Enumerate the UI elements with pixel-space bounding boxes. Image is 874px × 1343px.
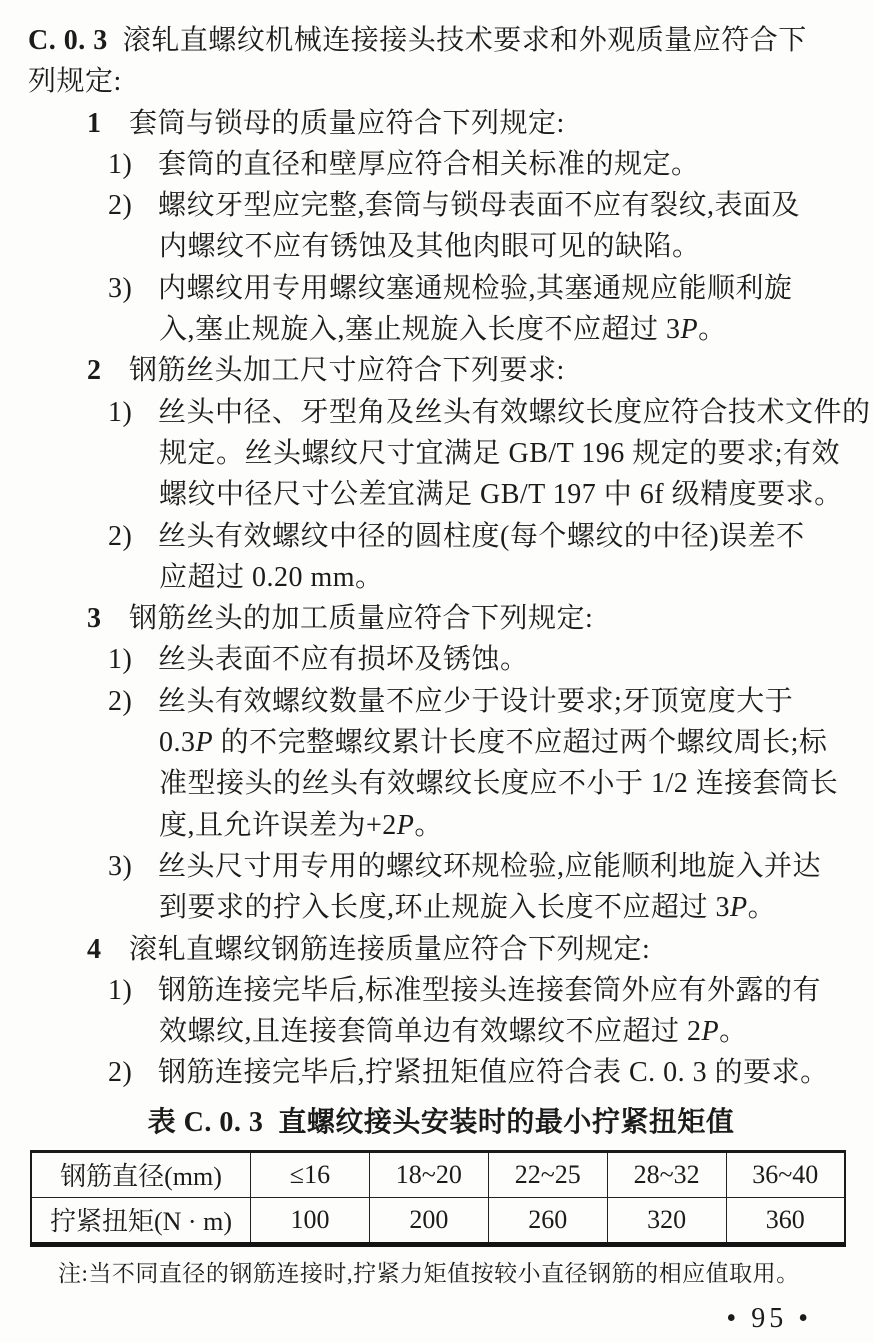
document-page: C. 0. 3 滚轧直螺纹机械连接接头技术要求和外观质量应符合下列规定:1套筒与… xyxy=(0,0,874,1343)
text-segment: P xyxy=(730,892,748,923)
value-cell: 28~32 xyxy=(607,1151,726,1197)
text-segment: 准型接头的丝头有效螺纹长度应不小于 1/2 连接套筒长 xyxy=(159,768,838,799)
text-segment: 丝头表面不应有损坏及锈蚀。 xyxy=(158,644,529,675)
text-segment: 。 xyxy=(719,1016,748,1047)
text-line: 3)丝头尺寸用专用的螺纹环规检验,应能顺利地旋入并达 xyxy=(28,846,854,887)
document-body: C. 0. 3 滚轧直螺纹机械连接接头技术要求和外观质量应符合下列规定:1套筒与… xyxy=(28,20,854,1094)
text-segment: 规定。丝头螺纹尺寸宜满足 GB/T 196 规定的要求;有效 xyxy=(159,438,840,469)
text-segment: 丝头有效螺纹数量不应少于设计要求;牙顶宽度大于 xyxy=(158,686,793,717)
text-segment: 的不完整螺纹累计长度不应超过两个螺纹周长;标 xyxy=(213,727,827,758)
torque-table: 钢筋直径(mm)≤1618~2022~2528~3236~40拧紧扭矩(N · … xyxy=(30,1150,846,1247)
text-segment: 丝头尺寸用专用的螺纹环规检验,应能顺利地旋入并达 xyxy=(158,851,821,882)
text-line: 2)螺纹牙型应完整,套筒与锁母表面不应有裂纹,表面及 xyxy=(28,185,854,226)
list-marker: 2) xyxy=(108,516,158,557)
value-cell: 22~25 xyxy=(488,1151,607,1197)
text-segment: P xyxy=(196,727,214,758)
value-cell: 36~40 xyxy=(726,1151,845,1197)
value-cell: ≤16 xyxy=(251,1151,370,1197)
row-header-cell: 钢筋直径(mm) xyxy=(31,1151,251,1197)
value-cell: 200 xyxy=(369,1197,488,1244)
text-segment: 钢筋连接完毕后,拧紧扭矩值应符合表 C. 0. 3 的要求。 xyxy=(158,1057,829,1088)
list-marker: 1) xyxy=(108,639,158,680)
text-line: 规定。丝头螺纹尺寸宜满足 GB/T 196 规定的要求;有效 xyxy=(28,433,854,474)
list-marker: 3) xyxy=(108,268,158,309)
value-cell: 100 xyxy=(251,1197,370,1244)
text-line: 2)丝头有效螺纹中径的圆柱度(每个螺纹的中径)误差不 xyxy=(28,516,854,557)
text-segment: 螺纹中径尺寸公差宜满足 GB/T 197 中 6f 级精度要求。 xyxy=(159,479,843,510)
text-segment: 钢筋连接完毕后,标准型接头连接套筒外应有外露的有 xyxy=(158,975,821,1006)
text-line: 1)丝头中径、牙型角及丝头有效螺纹长度应符合技术文件的 xyxy=(28,392,854,433)
text-segment: P xyxy=(397,810,415,841)
list-marker: 1) xyxy=(108,970,158,1011)
text-segment: 。 xyxy=(698,314,727,345)
text-segment: 钢筋丝头的加工质量应符合下列规定: xyxy=(129,603,593,634)
text-segment: C. 0. 3 xyxy=(28,25,108,56)
row-header-cell: 拧紧扭矩(N · m) xyxy=(31,1197,251,1244)
text-segment: 丝头中径、牙型角及丝头有效螺纹长度应符合技术文件的 xyxy=(158,397,871,428)
text-line: 3)内螺纹用专用螺纹塞通规检验,其塞通规应能顺利旋 xyxy=(28,268,854,309)
text-line: 内螺纹不应有锈蚀及其他肉眼可见的缺陷。 xyxy=(28,226,854,267)
text-segment: 。 xyxy=(748,892,777,923)
value-cell: 260 xyxy=(488,1197,607,1244)
text-line: 列规定: xyxy=(28,61,854,102)
page-number: • 95 • xyxy=(28,1303,854,1335)
text-line: 1套筒与锁母的质量应符合下列规定: xyxy=(28,103,854,144)
text-segment: 套筒的直径和壁厚应符合相关标准的规定。 xyxy=(158,149,700,180)
text-segment: 应超过 0.20 mm。 xyxy=(159,562,384,593)
list-marker: 3) xyxy=(108,846,158,887)
text-line: 4滚轧直螺纹钢筋连接质量应符合下列规定: xyxy=(28,929,854,970)
text-segment: 滚轧直螺纹钢筋连接质量应符合下列规定: xyxy=(129,934,650,965)
text-segment: 内螺纹不应有锈蚀及其他肉眼可见的缺陷。 xyxy=(159,231,701,262)
list-marker: 2) xyxy=(108,681,158,722)
text-line: 入,塞止规旋入,塞止规旋入长度不应超过 3P。 xyxy=(28,309,854,350)
list-marker: 1 xyxy=(87,103,129,144)
table-note: 注:当不同直径的钢筋连接时,拧紧力矩值按较小直径钢筋的相应值取用。 xyxy=(58,1259,854,1289)
list-marker: 1) xyxy=(108,144,158,185)
value-cell: 360 xyxy=(726,1197,845,1244)
list-marker: 2 xyxy=(87,350,129,391)
list-marker: 1) xyxy=(108,392,158,433)
text-segment: 钢筋丝头加工尺寸应符合下列要求: xyxy=(129,355,565,386)
text-line: 1)钢筋连接完毕后,标准型接头连接套筒外应有外露的有 xyxy=(28,970,854,1011)
text-line: 效螺纹,且连接套筒单边有效螺纹不应超过 2P。 xyxy=(28,1011,854,1052)
text-line: 1)丝头表面不应有损坏及锈蚀。 xyxy=(28,639,854,680)
text-line: 3钢筋丝头的加工质量应符合下列规定: xyxy=(28,598,854,639)
text-segment: P xyxy=(681,314,699,345)
text-segment: 0.3 xyxy=(159,727,196,758)
text-segment: 列规定: xyxy=(28,66,122,97)
text-segment: 到要求的拧入长度,环止规旋入长度不应超过 3 xyxy=(159,892,730,923)
text-line: 2钢筋丝头加工尺寸应符合下列要求: xyxy=(28,350,854,391)
value-cell: 18~20 xyxy=(369,1151,488,1197)
text-segment: 入,塞止规旋入,塞止规旋入长度不应超过 3 xyxy=(159,314,681,345)
text-line: 2)钢筋连接完毕后,拧紧扭矩值应符合表 C. 0. 3 的要求。 xyxy=(28,1052,854,1093)
text-line: 2)丝头有效螺纹数量不应少于设计要求;牙顶宽度大于 xyxy=(28,681,854,722)
text-line: 0.3P 的不完整螺纹累计长度不应超过两个螺纹周长;标 xyxy=(28,722,854,763)
list-marker: 2) xyxy=(108,185,158,226)
text-segment: 套筒与锁母的质量应符合下列规定: xyxy=(129,108,565,139)
text-line: 准型接头的丝头有效螺纹长度应不小于 1/2 连接套筒长 xyxy=(28,763,854,804)
text-line: 1)套筒的直径和壁厚应符合相关标准的规定。 xyxy=(28,144,854,185)
text-line: 到要求的拧入长度,环止规旋入长度不应超过 3P。 xyxy=(28,887,854,928)
text-segment: 内螺纹用专用螺纹塞通规检验,其塞通规应能顺利旋 xyxy=(158,273,793,304)
value-cell: 320 xyxy=(607,1197,726,1244)
text-segment: P xyxy=(702,1016,720,1047)
text-line: C. 0. 3 滚轧直螺纹机械连接接头技术要求和外观质量应符合下 xyxy=(28,20,854,61)
text-segment: 螺纹牙型应完整,套筒与锁母表面不应有裂纹,表面及 xyxy=(158,190,800,221)
text-segment: 效螺纹,且连接套筒单边有效螺纹不应超过 2 xyxy=(159,1016,702,1047)
text-line: 应超过 0.20 mm。 xyxy=(28,557,854,598)
table-row: 钢筋直径(mm)≤1618~2022~2528~3236~40 xyxy=(31,1151,845,1197)
list-marker: 3 xyxy=(87,598,129,639)
table-row: 拧紧扭矩(N · m)100200260320360 xyxy=(31,1197,845,1244)
list-marker: 2) xyxy=(108,1052,158,1093)
text-segment: 。 xyxy=(414,810,443,841)
text-segment: 滚轧直螺纹机械连接接头技术要求和外观质量应符合下 xyxy=(108,25,807,56)
list-marker: 4 xyxy=(87,929,129,970)
text-line: 度,且允许误差为+2P。 xyxy=(28,805,854,846)
table-title: 表 C. 0. 3 直螺纹接头安装时的最小拧紧扭矩值 xyxy=(28,1104,854,1142)
text-line: 螺纹中径尺寸公差宜满足 GB/T 197 中 6f 级精度要求。 xyxy=(28,474,854,515)
text-segment: 丝头有效螺纹中径的圆柱度(每个螺纹的中径)误差不 xyxy=(158,521,805,552)
text-segment: 度,且允许误差为+2 xyxy=(159,810,397,841)
